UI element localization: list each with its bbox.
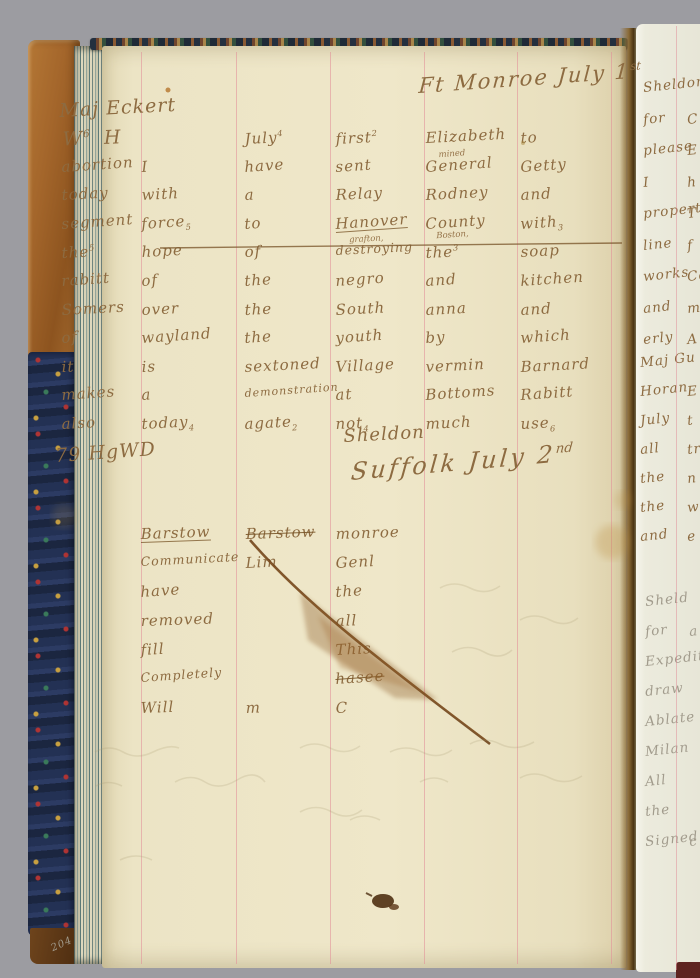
- message2-word-r0c2: monroe: [335, 525, 399, 542]
- cipher-word-r8c4: vermin: [425, 357, 485, 375]
- cipher-word-r3c4: CountyBoston,: [425, 213, 486, 232]
- right-page-pencil-3: draw: [645, 682, 685, 699]
- right-page-pencil-6: All: [645, 774, 668, 790]
- message2-word-r6c1: m: [245, 700, 261, 716]
- cipher-word-r4c5: soap: [520, 243, 560, 260]
- cipher-word-r2c4: Rodney: [425, 185, 489, 203]
- cipher-word-r8c0: it: [61, 359, 75, 375]
- cipher-word-r1c5: Getty: [520, 156, 567, 174]
- cipher-word-r5c2: the: [244, 272, 273, 289]
- cipher-word-r2c0: today: [61, 186, 109, 203]
- cipher-word-r0c4: Elizabeth: [425, 127, 506, 146]
- right-page-pencil-5: Milan: [645, 741, 690, 759]
- cipher-word-r8c2: sextoned: [244, 356, 321, 375]
- cipher-word-r3c5: with3: [520, 214, 564, 234]
- cipher-word-r4c4: the3: [425, 244, 459, 262]
- cipher-word-r7c4: by: [425, 330, 446, 346]
- right-page-ink1-fragment-6: Co: [687, 269, 700, 285]
- message2-word-r6c2: C: [335, 701, 348, 716]
- ruled-line: [236, 52, 237, 964]
- right-page-ink1-fragment-2: E: [687, 144, 699, 159]
- addressee-initials: W6 H: [62, 128, 121, 149]
- right-page-ink2-2: July: [640, 412, 671, 429]
- cipher-word-r5c5: kitchen: [520, 270, 584, 289]
- message2-word-r2c2: the: [335, 583, 364, 600]
- cipher-word-r3c1: force5: [141, 213, 191, 234]
- message2-word-r0c1: Barstow: [245, 525, 315, 542]
- cipher-word-r10c0: also: [61, 415, 96, 432]
- right-page-ink2-fragment-3: tr: [687, 443, 700, 458]
- cipher-word-r9c5: Rabitt: [520, 385, 574, 404]
- right-page-ink1-5: line: [643, 237, 674, 253]
- cipher-word-r5c4: and: [425, 272, 457, 289]
- cipher-word-r2c5: and: [520, 187, 552, 204]
- right-page-ink1-8: erly: [643, 331, 675, 348]
- cipher-word-r5c1: of: [141, 273, 159, 289]
- cipher-word-r6c3: South: [335, 300, 385, 318]
- ruled-line: [611, 52, 612, 964]
- cipher-word-r4c2: of: [244, 245, 261, 261]
- right-page-ink2-fragment-4: n: [687, 472, 698, 486]
- message2-word-r0c0: Barstow: [140, 525, 210, 543]
- cipher-word-r10c5: use6: [520, 415, 555, 434]
- right-page-ink2-fragment-1: E: [687, 385, 699, 400]
- cipher-word-r8c3: Village: [335, 357, 395, 375]
- cipher-word-r0c3: first2: [335, 129, 377, 147]
- scanned-ledger-photo: SheldonforCpleaseEIhpropertyTlinefworksC…: [0, 0, 700, 978]
- message2-word-r1c1: Lim: [245, 554, 278, 571]
- cipher-word-r0c5: to: [520, 130, 538, 146]
- cipher-word-r1c2: have: [244, 157, 285, 175]
- right-page-pencil-4: Ablate: [645, 711, 696, 730]
- cipher-word-r7c3: youth: [335, 328, 384, 346]
- cipher-word-r2c2: a: [244, 188, 255, 204]
- cipher-word-r9c1: a: [141, 388, 152, 404]
- cipher-word-r10c2: agate2: [244, 414, 297, 434]
- right-page-pencil-0: Sheld: [645, 591, 690, 609]
- right-page-pencil-fragment-1: a: [689, 625, 699, 639]
- right-page-ink2-0: Maj Gu: [640, 351, 697, 370]
- right-page-ink2-4: the: [640, 470, 666, 486]
- cipher-word-r1c0: abortion: [61, 155, 134, 175]
- right-page-pencil-2: Expedition: [645, 647, 700, 669]
- cipher-word-r5c3: negro: [335, 271, 385, 289]
- right-page-ink1-7: and: [643, 300, 673, 316]
- cipher-word-r6c0: Somers: [61, 299, 125, 317]
- cipher-word-r2c1: with: [141, 186, 179, 203]
- right-page-ink1-3: I: [643, 176, 651, 190]
- right-page-ink1-1: for: [643, 111, 667, 127]
- right-page-ink2-fragment-5: w: [687, 501, 700, 516]
- right-page-pencil-7: the: [645, 803, 671, 819]
- right-page-ink1-fragment-3: h: [687, 176, 698, 190]
- right-page-ink2-1: Horan: [640, 381, 689, 399]
- cipher-word-r10c3: not4: [335, 415, 369, 434]
- right-page-ink1-0: Sheldon: [643, 76, 700, 96]
- ruled-line: [517, 52, 518, 964]
- cipher-word-r1c4: Generalmined: [425, 155, 493, 175]
- cipher-word-r0c2: July4: [244, 129, 283, 147]
- cipher-word-r2c3: Relay: [335, 186, 383, 203]
- right-page-ink1-fragment-8: A: [687, 333, 699, 348]
- cover-corner-bottom-right: [676, 962, 700, 978]
- cipher-word-r3c2: to: [244, 216, 262, 232]
- cipher-word-r9c3: at: [335, 387, 353, 403]
- right-page-pencil-fragment-8: c: [689, 835, 699, 849]
- message2-word-r2c0: have: [140, 582, 181, 600]
- cipher-word-r6c2: the: [244, 301, 272, 317]
- message2-word-r3c2: all: [335, 613, 357, 629]
- right-page-ink1-6: works: [643, 266, 690, 284]
- right-page-ink1-fragment-4: T: [687, 207, 698, 221]
- right-page-ink2-5: the: [640, 499, 666, 515]
- cipher-word-r10c4: much: [425, 415, 472, 432]
- message2-word-r1c2: Genl: [335, 554, 375, 571]
- cipher-word-r8c1: is: [141, 359, 156, 375]
- cipher-word-r7c5: which: [520, 328, 571, 346]
- ruled-line-right-page: [676, 26, 677, 970]
- right-page-ink1-fragment-1: C: [687, 112, 700, 127]
- cipher-word-r10c1: today4: [141, 414, 194, 434]
- cipher-word-r4c0: the5: [61, 244, 95, 262]
- cipher-word-r6c1: over: [141, 301, 179, 318]
- right-page-ink2-fragment-2: t: [687, 414, 695, 428]
- right-page-ink2-fragment-6: e: [687, 530, 697, 544]
- cipher-word-r7c2: the: [244, 329, 273, 346]
- right-page-ink2-6: and: [640, 528, 670, 544]
- cipher-word-r9c0: makes: [61, 385, 116, 404]
- right-page-ink1-fragment-7: m: [687, 301, 700, 316]
- right-page-pencil-1: for: [645, 624, 669, 640]
- cipher-word-r1c3: sent: [335, 157, 372, 174]
- message2-word-r4c0: fill: [140, 642, 165, 658]
- marbled-cover-edge: [28, 352, 78, 936]
- ruled-line: [330, 52, 331, 964]
- message2-word-r5c2: hasee: [335, 669, 385, 687]
- cipher-word-r4c1: hope: [141, 243, 183, 260]
- right-page-ink1-fragment-5: f: [687, 239, 694, 253]
- cipher-word-r6c4: anna: [425, 300, 467, 317]
- message2-word-r4c2: This: [335, 641, 372, 658]
- cipher-word-r8c5: Barnard: [520, 356, 590, 375]
- right-page-ink2-3: all: [640, 442, 661, 457]
- cipher-word-r1c1: I: [141, 159, 149, 174]
- cipher-word-r7c0: of: [61, 330, 79, 346]
- cipher-word-r5c0: rabitt: [61, 271, 111, 289]
- right-page-edge: SheldonforCpleaseEIhpropertyTlinefworksC…: [636, 24, 700, 972]
- cipher-word-r6c5: and: [520, 301, 552, 318]
- message2-word-r3c0: removed: [140, 611, 214, 629]
- message2-word-r6c0: Will: [140, 700, 174, 716]
